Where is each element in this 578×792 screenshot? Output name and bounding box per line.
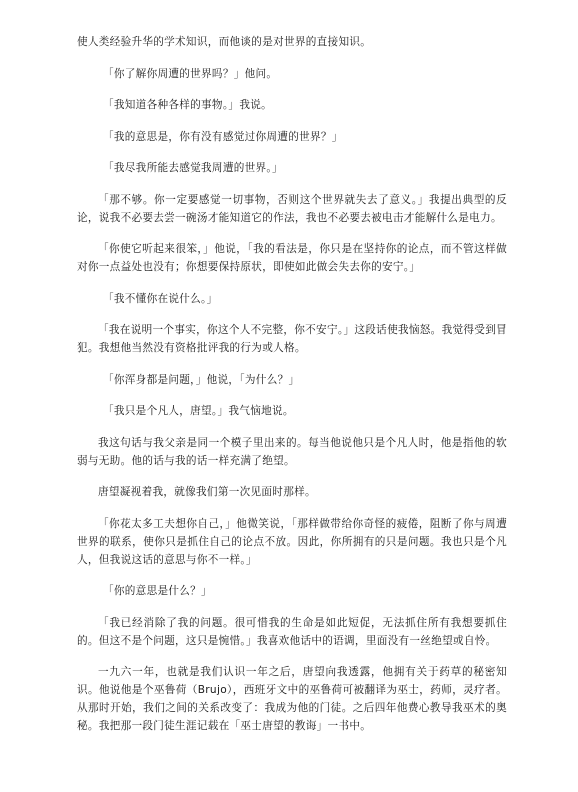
paragraph-dialogue: 「我不懂你在说什么。」 xyxy=(77,290,507,308)
paragraph-dialogue: 「我尽我所能去感觉我周遭的世界。」 xyxy=(77,159,507,177)
paragraph-dialogue: 「你的意思是什么？」 xyxy=(77,582,507,600)
document-page: 使人类经验升华的学术知识，而他谈的是对世界的直接知识。 「你了解你周遭的世界吗？… xyxy=(77,33,507,749)
paragraph-dialogue: 「我知道各种各样的事物。」我说。 xyxy=(77,96,507,114)
paragraph-narration: 我这句话与我父亲是同一个模子里出来的。每当他说他只是个凡人时，他是指他的软弱与无… xyxy=(77,434,507,470)
paragraph-dialogue: 「我在说明一个事实，你这个人不完整，你不安宁。」这段话使我恼怒。我觉得受到冒犯。… xyxy=(77,321,507,357)
paragraph-dialogue: 「那不够。你一定要感觉一切事物，否则这个世界就失去了意义。」我提出典型的反论，说… xyxy=(77,191,507,227)
paragraph-dialogue: 「我的意思是，你有没有感觉过你周遭的世界？」 xyxy=(77,128,507,146)
paragraph-dialogue: 「你花太多工夫想你自己，」他微笑说，「那样做带给你奇怪的疲倦，阻断了你与周遭世界… xyxy=(77,515,507,569)
paragraph-dialogue: 「我已经消除了我的问题。很可惜我的生命是如此短促，无法抓住所有我想要抓住的。但这… xyxy=(77,614,507,650)
paragraph-dialogue: 「你使它听起来很笨，」他说，「我的看法是，你只是在坚持你的论点，而不管这样做对你… xyxy=(77,240,507,276)
paragraph-narration: 唐望凝视着我，就像我们第一次见面时那样。 xyxy=(77,483,507,501)
paragraph-dialogue: 「你了解你周遭的世界吗？」他问。 xyxy=(77,65,507,83)
paragraph-dialogue: 「我只是个凡人，唐望。」我气恼地说。 xyxy=(77,402,507,420)
paragraph-dialogue: 「你浑身都是问题，」他说，「为什么？」 xyxy=(77,371,507,389)
paragraph-intro-continuation: 使人类经验升华的学术知识，而他谈的是对世界的直接知识。 xyxy=(77,33,507,51)
paragraph-narration: 一九六一年，也就是我们认识一年之后，唐望向我透露，他拥有关于药草的秘密知识。他说… xyxy=(77,663,507,735)
